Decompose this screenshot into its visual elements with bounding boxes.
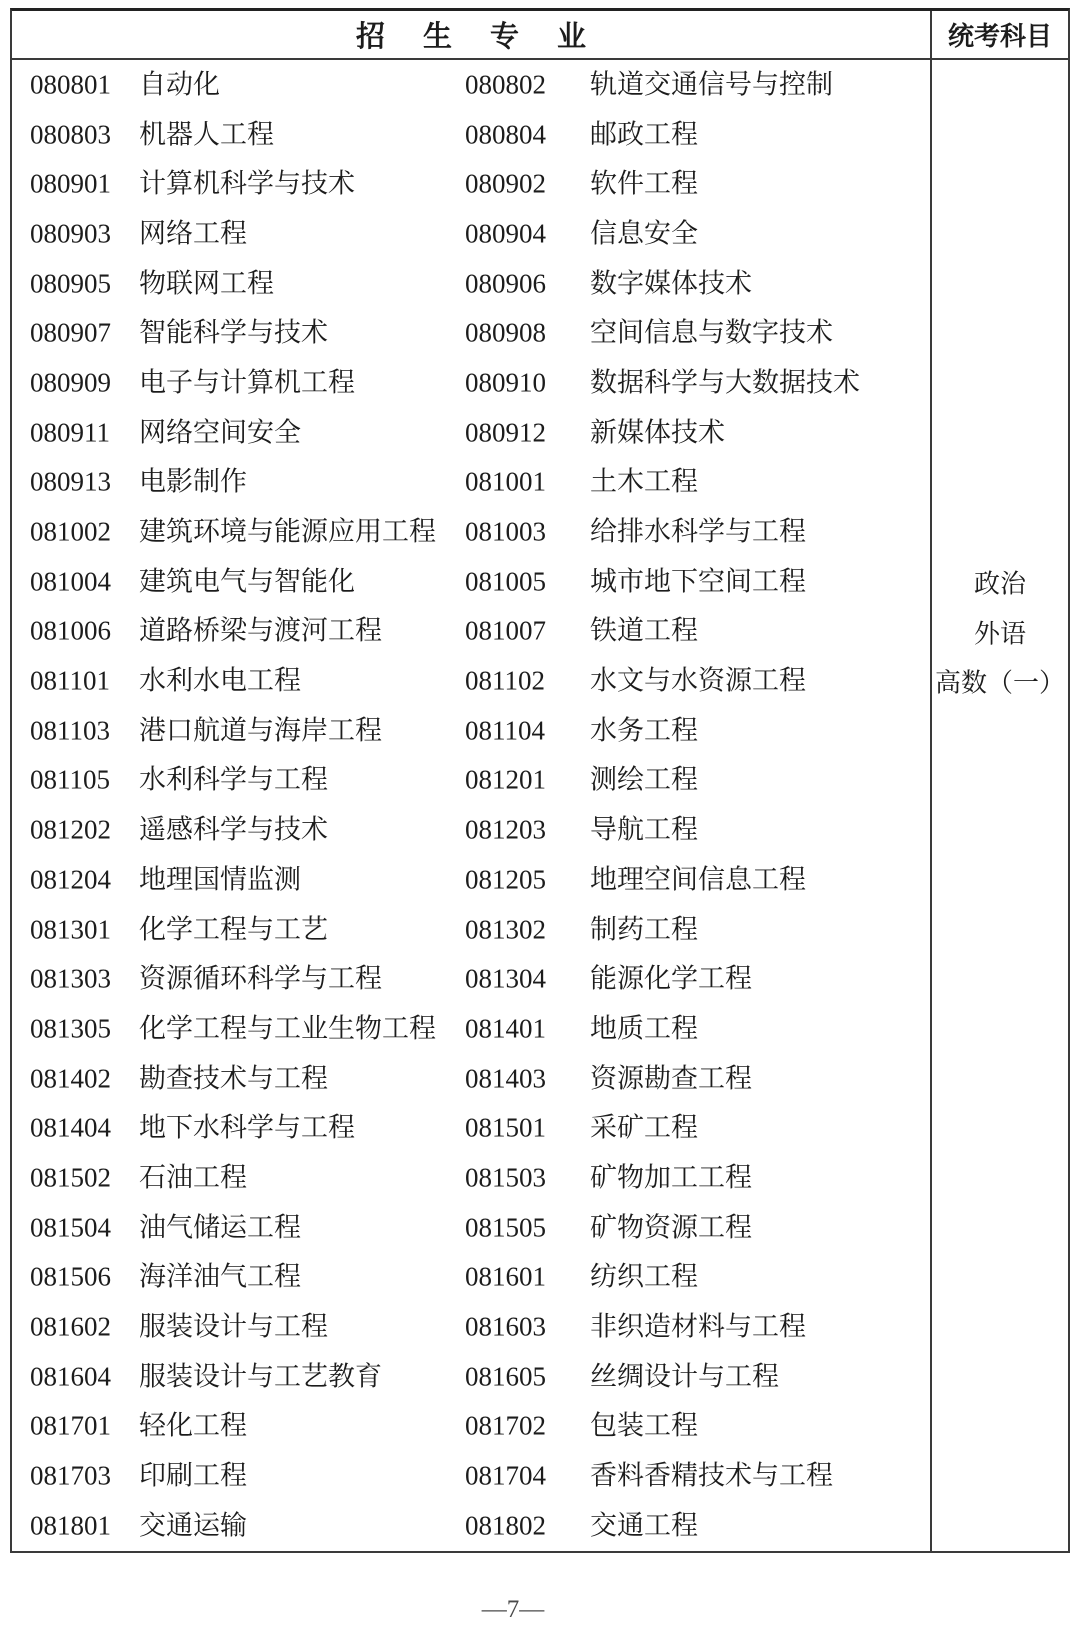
major-name-right: 数字媒体技术 (590, 270, 752, 297)
major-code-left: 081506 (30, 1264, 111, 1291)
table-row: 080903 网络工程 080904 信息安全 (12, 209, 930, 259)
major-name-left: 自动化 (139, 71, 220, 98)
major-name-left: 轻化工程 (139, 1413, 247, 1440)
major-name-left: 印刷工程 (139, 1463, 247, 1490)
major-code-right: 081302 (465, 916, 546, 943)
header-admission-major-label: 招生专业 (356, 14, 624, 55)
major-name-left: 智能科学与技术 (139, 320, 328, 347)
major-name-left: 勘查技术与工程 (139, 1065, 328, 1092)
major-code-left: 081703 (30, 1463, 111, 1490)
major-code-left: 081502 (30, 1164, 111, 1191)
major-name-right: 矿物资源工程 (590, 1214, 752, 1241)
major-name-left: 网络空间安全 (139, 419, 301, 446)
major-code-right: 081503 (465, 1164, 546, 1191)
major-code-left: 081004 (30, 568, 111, 595)
major-name-right: 邮政工程 (590, 121, 698, 148)
major-code-left: 080803 (30, 121, 111, 148)
major-code-left: 081101 (30, 668, 110, 695)
major-name-left: 资源循环科学与工程 (139, 966, 382, 993)
major-code-left: 081504 (30, 1214, 111, 1241)
major-name-left: 机器人工程 (139, 121, 274, 148)
major-code-left: 081002 (30, 519, 111, 546)
exam-subject-advanced-math: 高数（一） (932, 663, 1068, 700)
major-name-left: 化学工程与工艺 (139, 916, 328, 943)
major-code-left: 081303 (30, 966, 111, 993)
major-name-left: 网络工程 (139, 220, 247, 247)
major-code-left: 080911 (30, 419, 110, 446)
major-code-left: 080907 (30, 320, 111, 347)
major-code-right: 081201 (465, 767, 546, 794)
major-code-left: 081602 (30, 1314, 111, 1341)
major-code-right: 081603 (465, 1314, 546, 1341)
major-name-left: 海洋油气工程 (139, 1264, 301, 1291)
major-code-right: 081704 (465, 1463, 546, 1490)
major-name-left: 计算机科学与技术 (139, 171, 355, 198)
major-code-left: 080905 (30, 270, 111, 297)
major-code-right: 081205 (465, 866, 546, 893)
exam-subjects-column: 政治 外语 高数（一） (930, 60, 1068, 1551)
major-name-left: 港口航道与海岸工程 (139, 717, 382, 744)
major-name-right: 包装工程 (590, 1413, 698, 1440)
major-name-right: 城市地下空间工程 (590, 568, 806, 595)
major-name-right: 丝绸设计与工程 (590, 1363, 779, 1390)
major-code-right: 081003 (465, 519, 546, 546)
major-name-left: 物联网工程 (139, 270, 274, 297)
table-row: 080905 物联网工程 080906 数字媒体技术 (12, 259, 930, 309)
major-code-right: 081304 (465, 966, 546, 993)
major-code-left: 081103 (30, 717, 110, 744)
major-code-left: 080913 (30, 469, 111, 496)
major-name-right: 软件工程 (590, 171, 698, 198)
table-row: 080913 电影制作 081001 土木工程 (12, 458, 930, 508)
major-code-left: 081402 (30, 1065, 111, 1092)
major-name-right: 铁道工程 (590, 618, 698, 645)
table-row: 081004 建筑电气与智能化 081005 城市地下空间工程 (12, 557, 930, 607)
major-code-right: 081401 (465, 1015, 546, 1042)
major-code-right: 081601 (465, 1264, 546, 1291)
major-name-left: 电影制作 (139, 469, 247, 496)
major-rows: 080801 自动化 080802 轨道交通信号与控制 080803 机器人工程… (12, 60, 930, 1551)
major-name-left: 石油工程 (139, 1164, 247, 1191)
major-name-right: 纺织工程 (590, 1264, 698, 1291)
major-code-right: 081005 (465, 568, 546, 595)
table-body: 080801 自动化 080802 轨道交通信号与控制 080803 机器人工程… (12, 60, 1068, 1551)
major-name-right: 给排水科学与工程 (590, 519, 806, 546)
major-name-left: 水利水电工程 (139, 668, 301, 695)
major-name-right: 非织造材料与工程 (590, 1314, 806, 1341)
major-code-left: 081604 (30, 1363, 111, 1390)
table-row: 081101 水利水电工程 081102 水文与水资源工程 (12, 656, 930, 706)
major-name-right: 土木工程 (590, 469, 698, 496)
major-code-right: 080906 (465, 270, 546, 297)
major-name-right: 资源勘查工程 (590, 1065, 752, 1092)
major-name-right: 轨道交通信号与控制 (590, 71, 833, 98)
table-row: 081301 化学工程与工艺 081302 制药工程 (12, 905, 930, 955)
major-name-left: 服装设计与工程 (139, 1314, 328, 1341)
exam-subject-foreign-language: 外语 (932, 614, 1068, 651)
major-name-right: 能源化学工程 (590, 966, 752, 993)
major-code-right: 081702 (465, 1413, 546, 1440)
major-name-right: 交通工程 (590, 1512, 698, 1539)
major-code-left: 080903 (30, 220, 111, 247)
major-name-right: 空间信息与数字技术 (590, 320, 833, 347)
major-code-right: 081007 (465, 618, 546, 645)
major-code-left: 081701 (30, 1413, 111, 1440)
table-row: 081204 地理国情监测 081205 地理空间信息工程 (12, 855, 930, 905)
major-code-right: 080902 (465, 171, 546, 198)
major-code-right: 081104 (465, 717, 545, 744)
table-row: 081303 资源循环科学与工程 081304 能源化学工程 (12, 954, 930, 1004)
table-row: 081402 勘查技术与工程 081403 资源勘查工程 (12, 1054, 930, 1104)
major-code-left: 080901 (30, 171, 111, 198)
major-name-right: 香料香精技术与工程 (590, 1463, 833, 1490)
major-code-right: 081605 (465, 1363, 546, 1390)
major-code-right: 080908 (465, 320, 546, 347)
major-name-left: 化学工程与工业生物工程 (139, 1015, 436, 1042)
table-row: 081105 水利科学与工程 081201 测绘工程 (12, 756, 930, 806)
table-row: 080909 电子与计算机工程 080910 数据科学与大数据技术 (12, 358, 930, 408)
major-code-left: 081404 (30, 1115, 111, 1142)
major-name-right: 水务工程 (590, 717, 698, 744)
major-code-left: 081105 (30, 767, 110, 794)
major-name-right: 信息安全 (590, 220, 698, 247)
table-row: 080907 智能科学与技术 080908 空间信息与数字技术 (12, 308, 930, 358)
major-code-right: 080802 (465, 71, 546, 98)
major-name-left: 交通运输 (139, 1512, 247, 1539)
page-number: —7— (0, 1596, 1053, 1624)
major-code-left: 081305 (30, 1015, 111, 1042)
table-row: 081502 石油工程 081503 矿物加工工程 (12, 1153, 930, 1203)
major-name-left: 水利科学与工程 (139, 767, 328, 794)
major-code-left: 080909 (30, 369, 111, 396)
admission-majors-table: 招生专业 统考科目 080801 自动化 080802 轨道交通信号与控制 08… (10, 8, 1070, 1553)
major-name-left: 服装设计与工艺教育 (139, 1363, 382, 1390)
major-code-right: 081203 (465, 817, 546, 844)
table-row: 081006 道路桥梁与渡河工程 081007 铁道工程 (12, 607, 930, 657)
major-name-left: 遥感科学与技术 (139, 817, 328, 844)
major-name-right: 采矿工程 (590, 1115, 698, 1142)
major-name-left: 电子与计算机工程 (139, 369, 355, 396)
major-name-right: 测绘工程 (590, 767, 698, 794)
major-name-left: 地下水科学与工程 (139, 1115, 355, 1142)
table-row: 081002 建筑环境与能源应用工程 081003 给排水科学与工程 (12, 507, 930, 557)
major-code-left: 081801 (30, 1512, 111, 1539)
header-admission-major: 招生专业 (12, 11, 930, 58)
table-row: 081103 港口航道与海岸工程 081104 水务工程 (12, 706, 930, 756)
table-row: 081504 油气储运工程 081505 矿物资源工程 (12, 1203, 930, 1253)
major-name-right: 导航工程 (590, 817, 698, 844)
major-code-left: 081301 (30, 916, 111, 943)
header-exam-subjects: 统考科目 (930, 11, 1068, 58)
major-code-right: 080912 (465, 419, 546, 446)
table-row: 080801 自动化 080802 轨道交通信号与控制 (12, 60, 930, 110)
major-code-right: 080904 (465, 220, 546, 247)
major-code-right: 081102 (465, 668, 545, 695)
table-row: 081604 服装设计与工艺教育 081605 丝绸设计与工程 (12, 1352, 930, 1402)
major-code-right: 080804 (465, 121, 546, 148)
major-code-left: 080801 (30, 71, 111, 98)
table-row: 081701 轻化工程 081702 包装工程 (12, 1402, 930, 1452)
table-row: 081801 交通运输 081802 交通工程 (12, 1501, 930, 1551)
major-code-left: 081006 (30, 618, 111, 645)
major-name-left: 油气储运工程 (139, 1214, 301, 1241)
major-name-right: 矿物加工工程 (590, 1164, 752, 1191)
major-name-right: 水文与水资源工程 (590, 668, 806, 695)
major-name-right: 地理空间信息工程 (590, 866, 806, 893)
major-name-left: 道路桥梁与渡河工程 (139, 618, 382, 645)
major-name-right: 数据科学与大数据技术 (590, 369, 860, 396)
major-name-left: 建筑环境与能源应用工程 (139, 519, 436, 546)
major-code-right: 081505 (465, 1214, 546, 1241)
table-row: 080911 网络空间安全 080912 新媒体技术 (12, 408, 930, 458)
table-row: 081602 服装设计与工程 081603 非织造材料与工程 (12, 1302, 930, 1352)
table-row: 081404 地下水科学与工程 081501 采矿工程 (12, 1103, 930, 1153)
major-code-right: 081802 (465, 1512, 546, 1539)
table-row: 080901 计算机科学与技术 080902 软件工程 (12, 159, 930, 209)
table-row: 081506 海洋油气工程 081601 纺织工程 (12, 1253, 930, 1303)
major-code-left: 081204 (30, 866, 111, 893)
major-name-left: 建筑电气与智能化 (139, 568, 355, 595)
exam-subject-politics: 政治 (932, 564, 1068, 601)
major-code-left: 081202 (30, 817, 111, 844)
major-name-right: 地质工程 (590, 1015, 698, 1042)
major-name-right: 新媒体技术 (590, 419, 725, 446)
major-code-right: 080910 (465, 369, 546, 396)
table-row: 081305 化学工程与工业生物工程 081401 地质工程 (12, 1004, 930, 1054)
major-code-right: 081501 (465, 1115, 546, 1142)
major-code-right: 081001 (465, 469, 546, 496)
table-row: 081703 印刷工程 081704 香料香精技术与工程 (12, 1451, 930, 1501)
major-code-right: 081403 (465, 1065, 546, 1092)
table-row: 081202 遥感科学与技术 081203 导航工程 (12, 805, 930, 855)
major-name-right: 制药工程 (590, 916, 698, 943)
table-header-row: 招生专业 统考科目 (12, 11, 1068, 60)
table-row: 080803 机器人工程 080804 邮政工程 (12, 110, 930, 160)
major-name-left: 地理国情监测 (139, 866, 301, 893)
